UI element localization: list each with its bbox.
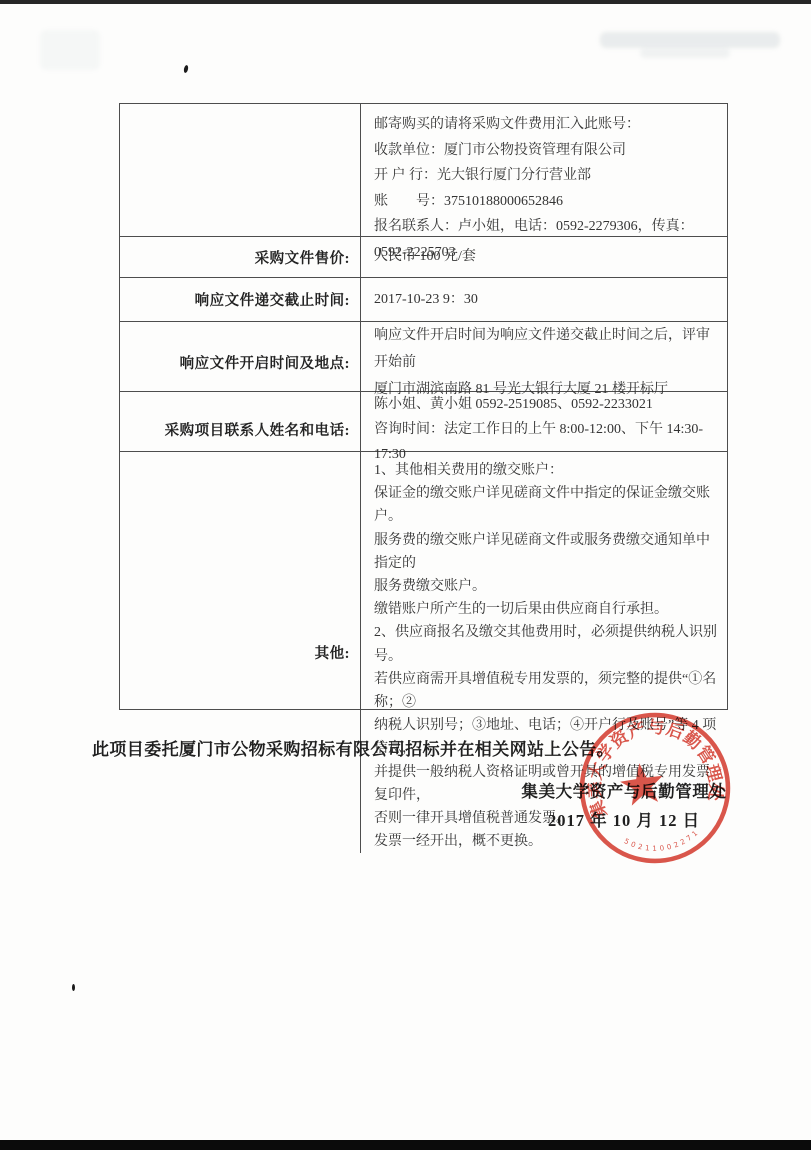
row-label-text: 采购项目联系人姓名和电话:	[165, 419, 350, 440]
table-cell-line: 收款单位：厦门市公物投资管理有限公司	[374, 138, 719, 164]
table-cell-line: 人民币 100 元/套	[374, 248, 719, 266]
table-cell-line: 邮寄购买的请将采购文件费用汇入此账号：	[374, 112, 719, 138]
table-row-submission-deadline: 响应文件递交截止时间: 2017-10-23 9：30	[120, 277, 727, 321]
scanned-document-page: 邮寄购买的请将采购文件费用汇入此账号： 收款单位：厦门市公物投资管理有限公司 开…	[0, 0, 811, 1150]
row-content: 2017-10-23 9：30	[361, 278, 727, 321]
table-cell-line: 陈小姐、黄小姐 0592-2519085、0592-2233021	[374, 392, 719, 417]
row-label: 响应文件开启时间及地点:	[120, 322, 361, 403]
row-content: 响应文件开启时间为响应文件递交截止时间之后，评审开始前 厦门市湖滨南路 81 号…	[361, 322, 727, 403]
table-cell-line: 2、供应商报名及缴交其他费用时，必须提供纳税人识别号。	[374, 621, 719, 667]
scan-edge-top	[0, 0, 811, 4]
table-row-document-price: 采购文件售价: 人民币 100 元/套	[120, 236, 727, 277]
table-cell-line: 保证金的缴交账户详见磋商文件中指定的保证金缴交账户。	[374, 482, 719, 528]
row-label: 其他:	[120, 452, 361, 853]
table-cell-line: 服务费缴交账户。	[374, 575, 719, 598]
scan-smudge	[600, 32, 780, 48]
signature-block: 集美大学资产与后勤管理处 2017 年 10 月 12 日	[518, 778, 730, 831]
scan-speck	[183, 65, 189, 74]
row-label-text: 响应文件开启时间及地点:	[180, 352, 350, 373]
table-row-opening-time-place: 响应文件开启时间及地点: 响应文件开启时间为响应文件递交截止时间之后，评审开始前…	[120, 321, 727, 391]
table-cell-line: 2017-10-23 9：30	[374, 291, 719, 309]
table-row-payment-account: 邮寄购买的请将采购文件费用汇入此账号： 收款单位：厦门市公物投资管理有限公司 开…	[120, 104, 727, 236]
scan-smudge	[40, 30, 100, 70]
table-cell-line: 开 户 行：光大银行厦门分行营业部	[374, 163, 719, 189]
row-content: 人民币 100 元/套	[361, 237, 727, 277]
delegation-note: 此项目委托厦门市公物采购招标有限公司招标并在相关网站上公告。	[92, 735, 712, 760]
table-cell-line: 发票一经开出，概不更换。	[374, 830, 719, 853]
row-label-text: 响应文件递交截止时间:	[195, 289, 350, 310]
row-label-text: 采购文件售价:	[255, 247, 350, 268]
scan-smudge	[640, 48, 730, 58]
signature-date: 2017 年 10 月 12 日	[518, 807, 730, 831]
table-cell-line: 1、其他相关费用的缴交账户：	[374, 459, 719, 482]
row-label: 采购文件售价:	[120, 237, 361, 277]
table-row-contact-person: 采购项目联系人姓名和电话: 陈小姐、黄小姐 0592-2519085、0592-…	[120, 391, 727, 451]
row-label-text: 其他:	[315, 642, 350, 663]
row-label: 响应文件递交截止时间:	[120, 278, 361, 321]
table-cell-line: 账 号：37510188000652846	[374, 189, 719, 215]
signature-department: 集美大学资产与后勤管理处	[518, 778, 730, 802]
table-row-other: 其他: 1、其他相关费用的缴交账户： 保证金的缴交账户详见磋商文件中指定的保证金…	[120, 451, 727, 709]
procurement-info-table: 邮寄购买的请将采购文件费用汇入此账号： 收款单位：厦门市公物投资管理有限公司 开…	[119, 103, 728, 710]
table-cell-line: 缴错账户所产生的一切后果由供应商自行承担。	[374, 598, 719, 621]
table-cell-line: 服务费的缴交账户详见磋商文件或服务费缴交通知单中指定的	[374, 529, 719, 575]
scan-edge-bottom	[0, 1140, 811, 1150]
scan-speck	[72, 984, 75, 991]
table-cell-line: 若供应商需开具增值税专用发票的，须完整的提供“①名称；②	[374, 668, 719, 714]
table-cell-line: 响应文件开启时间为响应文件递交截止时间之后，评审开始前	[374, 322, 719, 376]
